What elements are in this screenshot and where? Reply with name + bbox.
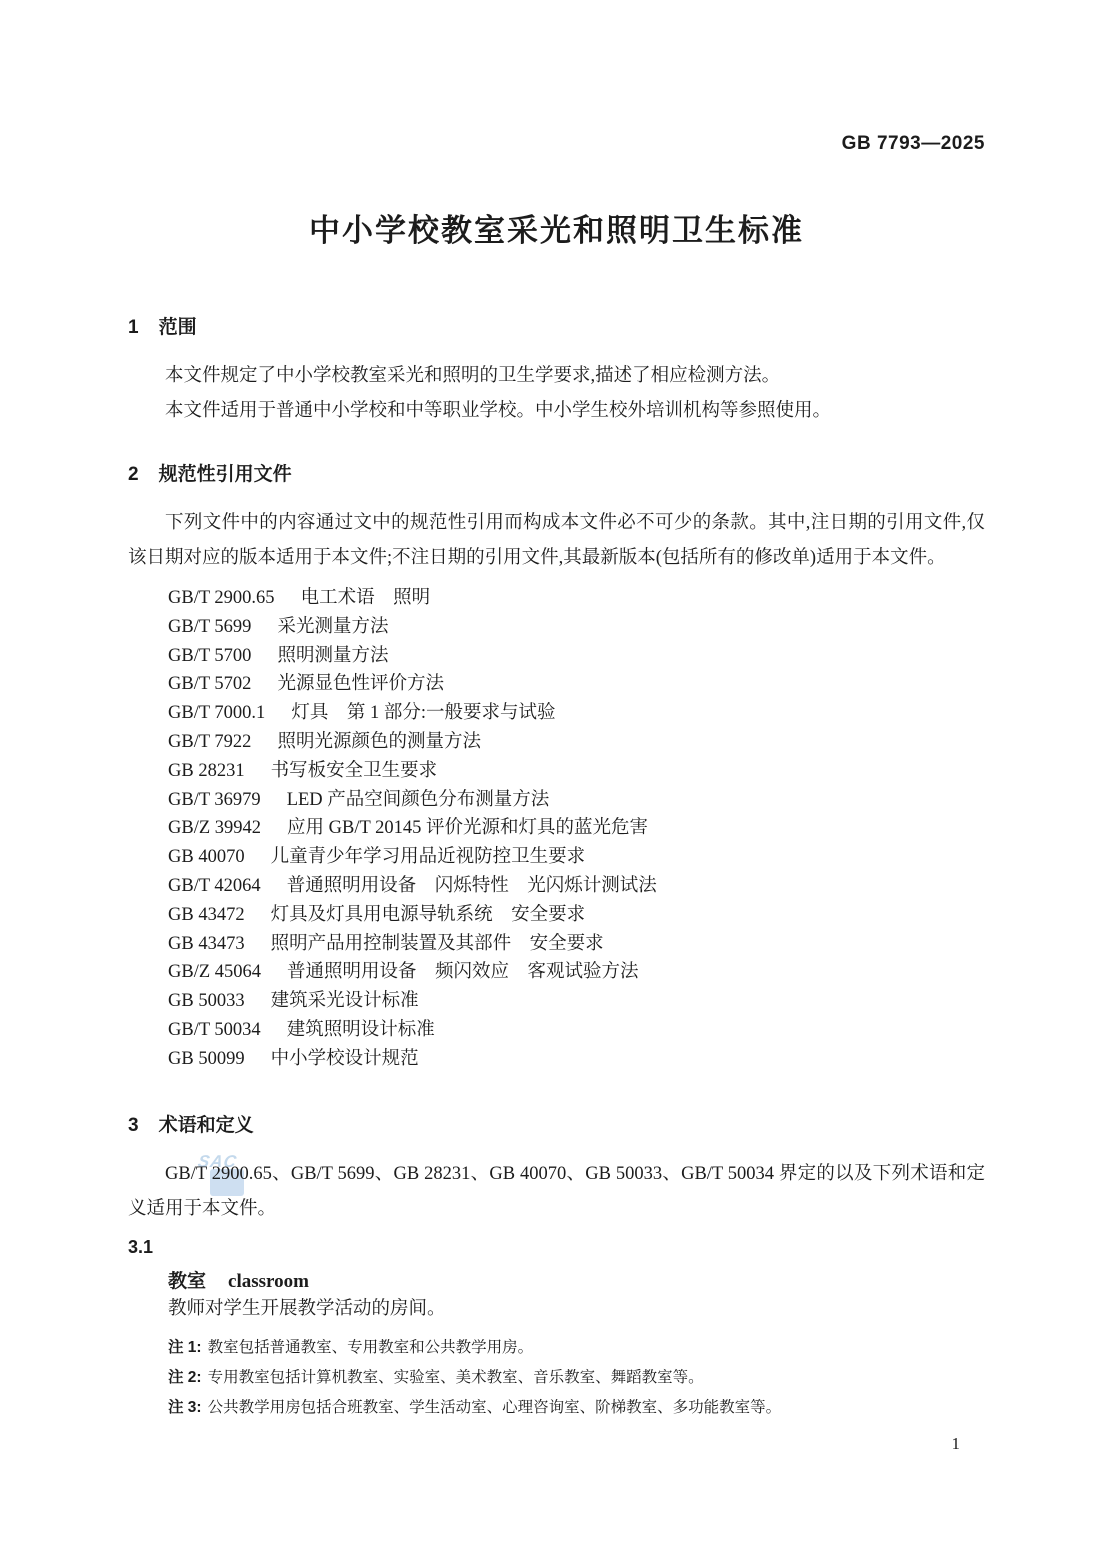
section-1-number: 1 bbox=[128, 317, 139, 339]
reference-title: 灯具及灯具用电源导轨系统 安全要求 bbox=[271, 905, 586, 925]
reference-item: GB/T 42064普通照明用设备 闪烁特性 光闪烁计测试法 bbox=[168, 872, 985, 901]
reference-code: GB 50099 bbox=[168, 1049, 245, 1069]
section-1-heading: 1 范围 bbox=[128, 312, 985, 339]
reference-item: GB/T 36979LED 产品空间颜色分布测量方法 bbox=[168, 786, 985, 815]
note-1-label: 注 1: bbox=[168, 1339, 202, 1356]
note-1-text: 教室包括普通教室、专用教室和公共教学用房。 bbox=[208, 1339, 534, 1356]
section-3-number: 3 bbox=[128, 1115, 139, 1137]
reference-title: 普通照明用设备 频闪效应 客观试验方法 bbox=[287, 962, 639, 982]
reference-item: GB 40070儿童青少年学习用品近视防控卫生要求 bbox=[168, 843, 985, 872]
reference-item: GB/T 2900.65电工术语 照明 bbox=[168, 584, 985, 613]
term-entry: 教室classroom bbox=[168, 1266, 985, 1293]
reference-item: GB/T 5702光源显色性评价方法 bbox=[168, 670, 985, 699]
page-number: 1 bbox=[952, 1434, 961, 1454]
term-definition: 教师对学生开展教学活动的房间。 bbox=[168, 1293, 985, 1326]
standard-code: GB 7793—2025 bbox=[128, 133, 985, 155]
reference-code: GB 40070 bbox=[168, 847, 245, 867]
reference-title: 采光测量方法 bbox=[277, 617, 388, 637]
reference-item: GB/Z 39942应用 GB/T 20145 评价光源和灯具的蓝光危害 bbox=[168, 814, 985, 843]
section-2-number: 2 bbox=[128, 464, 139, 486]
note-3: 注 3:公共教学用房包括合班教室、学生活动室、心理咨询室、阶梯教室、多功能教室等… bbox=[168, 1393, 985, 1423]
reference-item: GB/T 7922照明光源颜色的测量方法 bbox=[168, 728, 985, 757]
reference-code: GB/T 5699 bbox=[168, 617, 251, 637]
reference-title: 儿童青少年学习用品近视防控卫生要求 bbox=[271, 847, 586, 867]
note-3-text: 公共教学用房包括合班教室、学生活动室、心理咨询室、阶梯教室、多功能教室等。 bbox=[208, 1399, 782, 1416]
note-2: 注 2:专用教室包括计算机教室、实验室、美术教室、音乐教室、舞蹈教室等。 bbox=[168, 1363, 985, 1393]
term-english: classroom bbox=[228, 1271, 309, 1292]
reference-code: GB/T 5700 bbox=[168, 646, 251, 666]
reference-title: 照明测量方法 bbox=[277, 646, 388, 666]
reference-item: GB/T 7000.1灯具 第 1 部分:一般要求与试验 bbox=[168, 699, 985, 728]
reference-title: 书写板安全卫生要求 bbox=[271, 761, 438, 781]
reference-title: 普通照明用设备 闪烁特性 光闪烁计测试法 bbox=[287, 876, 657, 896]
reference-title: 电工术语 照明 bbox=[301, 588, 431, 608]
reference-item: GB 50099中小学校设计规范 bbox=[168, 1045, 985, 1074]
term-notes: 注 1:教室包括普通教室、专用教室和公共教学用房。 注 2:专用教室包括计算机教… bbox=[168, 1333, 985, 1423]
note-1: 注 1:教室包括普通教室、专用教室和公共教学用房。 bbox=[168, 1333, 985, 1363]
reference-title: 中小学校设计规范 bbox=[271, 1049, 419, 1069]
document-content: GB 7793—2025 中小学校教室采光和照明卫生标准 1 范围 本文件规定了… bbox=[128, 0, 985, 1423]
reference-title: LED 产品空间颜色分布测量方法 bbox=[287, 790, 550, 810]
section-3-heading: 3 术语和定义 bbox=[128, 1110, 985, 1137]
section-3-intro: GB/T 2900.65、GB/T 5699、GB 28231、GB 40070… bbox=[128, 1157, 985, 1227]
note-2-label: 注 2: bbox=[168, 1369, 202, 1386]
reference-item: GB 43473照明产品用控制装置及其部件 安全要求 bbox=[168, 930, 985, 959]
document-title: 中小学校教室采光和照明卫生标准 bbox=[128, 205, 985, 250]
reference-title: 应用 GB/T 20145 评价光源和灯具的蓝光危害 bbox=[287, 818, 648, 838]
section-1-title: 范围 bbox=[159, 312, 197, 339]
reference-title: 建筑采光设计标准 bbox=[271, 991, 419, 1011]
reference-code: GB/T 7922 bbox=[168, 732, 251, 752]
section-2-title: 规范性引用文件 bbox=[159, 459, 292, 486]
section-1-paragraph-1: 本文件规定了中小学校教室采光和照明的卫生学要求,描述了相应检测方法。 bbox=[128, 359, 985, 394]
reference-code: GB 28231 bbox=[168, 761, 245, 781]
note-2-text: 专用教室包括计算机教室、实验室、美术教室、音乐教室、舞蹈教室等。 bbox=[208, 1369, 704, 1386]
reference-code: GB 50033 bbox=[168, 991, 245, 1011]
reference-code: GB/T 7000.1 bbox=[168, 703, 265, 723]
term-chinese: 教室 bbox=[168, 1271, 206, 1292]
reference-code: GB 43473 bbox=[168, 934, 245, 954]
reference-item: GB 28231书写板安全卫生要求 bbox=[168, 757, 985, 786]
reference-title: 光源显色性评价方法 bbox=[277, 674, 444, 694]
reference-item: GB 50033建筑采光设计标准 bbox=[168, 987, 985, 1016]
reference-code: GB 43472 bbox=[168, 905, 245, 925]
reference-item: GB/Z 45064普通照明用设备 频闪效应 客观试验方法 bbox=[168, 958, 985, 987]
section-2-heading: 2 规范性引用文件 bbox=[128, 459, 985, 486]
reference-title: 照明产品用控制装置及其部件 安全要求 bbox=[271, 934, 604, 954]
reference-title: 灯具 第 1 部分:一般要求与试验 bbox=[291, 703, 555, 723]
reference-list: GB/T 2900.65电工术语 照明 GB/T 5699采光测量方法 GB/T… bbox=[168, 584, 985, 1074]
reference-item: GB/T 5699采光测量方法 bbox=[168, 613, 985, 642]
section-2-intro: 下列文件中的内容通过文中的规范性引用而构成本文件必不可少的条款。其中,注日期的引… bbox=[128, 506, 985, 576]
reference-code: GB/T 50034 bbox=[168, 1020, 261, 1040]
reference-code: GB/T 5702 bbox=[168, 674, 251, 694]
reference-item: GB/T 5700照明测量方法 bbox=[168, 642, 985, 671]
reference-item: GB 43472灯具及灯具用电源导轨系统 安全要求 bbox=[168, 901, 985, 930]
reference-code: GB/T 36979 bbox=[168, 790, 261, 810]
reference-title: 照明光源颜色的测量方法 bbox=[277, 732, 481, 752]
section-3-title: 术语和定义 bbox=[159, 1110, 254, 1137]
reference-code: GB/Z 39942 bbox=[168, 818, 261, 838]
reference-code: GB/T 42064 bbox=[168, 876, 261, 896]
reference-title: 建筑照明设计标准 bbox=[287, 1020, 435, 1040]
note-3-label: 注 3: bbox=[168, 1399, 202, 1416]
clause-3-1-number: 3.1 bbox=[128, 1237, 985, 1258]
section-1-paragraph-2: 本文件适用于普通中小学校和中等职业学校。中小学生校外培训机构等参照使用。 bbox=[128, 394, 985, 429]
reference-code: GB/T 2900.65 bbox=[168, 588, 275, 608]
reference-code: GB/Z 45064 bbox=[168, 962, 261, 982]
standard-document-page: SAC GB 7793—2025 中小学校教室采光和照明卫生标准 1 范围 本文… bbox=[0, 0, 1103, 1559]
reference-item: GB/T 50034建筑照明设计标准 bbox=[168, 1016, 985, 1045]
